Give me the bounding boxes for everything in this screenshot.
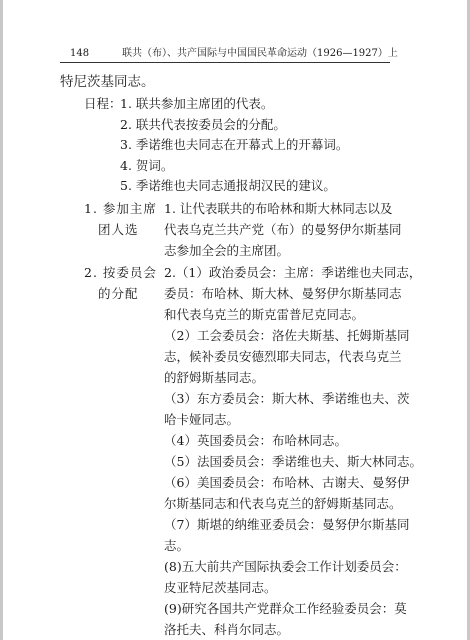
agenda-item: 5. 季诺维也夫同志通报胡汉民的建议。 bbox=[120, 178, 336, 193]
page-edge-left bbox=[0, 0, 3, 640]
decision-text: 1. 让代表联共的布哈林和斯大林同志以及 代表乌克兰共产党（布）的曼努伊尔斯基同… bbox=[164, 198, 432, 261]
agenda-item: 2. 联共代表按委员会的分配。 bbox=[120, 117, 286, 132]
agenda: 日程：1. 联共参加主席团的代表。 2. 联共代表按委员会的分配。 3. 季诺维… bbox=[84, 94, 348, 197]
decision-text: 2.（1）政治委员会：主席：季诺维也夫同志， 委员：布哈林、斯大林、曼努伊尔斯基… bbox=[164, 262, 432, 640]
agenda-label: 日程： bbox=[84, 94, 120, 115]
decision-topic: 2. 按委员会 的分配 bbox=[84, 262, 162, 304]
agenda-item: 4. 贺词。 bbox=[120, 158, 173, 173]
header-rule bbox=[60, 62, 390, 63]
decision-topic: 1. 参加主席 团人选 bbox=[84, 198, 162, 240]
running-header: 148联共（布）、共产国际与中国国民革命运动（1926—1927）上 bbox=[68, 44, 388, 59]
opening-line: 特尼茨基同志。 bbox=[60, 70, 155, 90]
agenda-item: 3. 季诺维也夫同志在开幕式上的开幕词。 bbox=[120, 137, 348, 152]
agenda-item: 1. 联共参加主席团的代表。 bbox=[120, 96, 273, 111]
running-title: 联共（布）、共产国际与中国国民革命运动（1926—1927）上 bbox=[122, 48, 398, 59]
page-number: 148 bbox=[68, 48, 122, 59]
